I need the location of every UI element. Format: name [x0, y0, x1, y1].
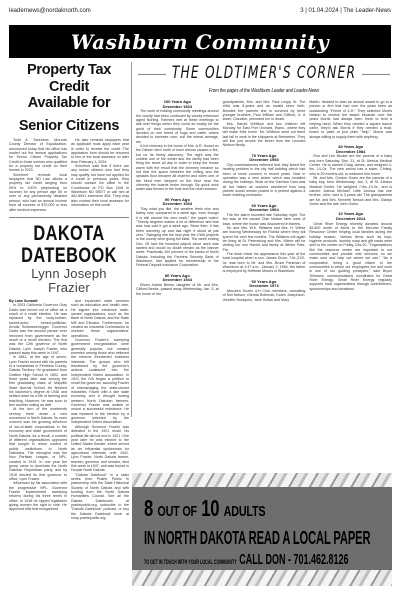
section-heading: 10 Years Ago December 2014 — [309, 212, 392, 221]
local-paper-advertisement[interactable]: 8 OUT OF 10 ADULTS IN NORTH DAKOTA READ … — [132, 473, 392, 586]
title-rule-right — [362, 74, 390, 75]
section-heading: 60 Years Ago December 1964 — [223, 204, 306, 213]
paragraph: Martin, decided to start an annual award… — [309, 100, 392, 139]
paragraph: Schreiner reminds local taxpayers that N… — [9, 173, 67, 212]
dakota-datebook-title: DAKOTA DATEBOOK — [13, 223, 125, 267]
section-heading: 90 Years Ago December 1934 — [136, 198, 219, 207]
paragraph: Mrs. Harold Whitlock and two children le… — [223, 122, 306, 148]
section-heading: 70 Years Ago December 1954 — [223, 154, 306, 163]
article-column-1: By Lane Sunwall In 2003 California Gover… — [9, 299, 67, 521]
headline-line-3: Senior Citizens — [9, 118, 129, 135]
headline-line-2: Available for — [28, 95, 111, 111]
column-divider — [131, 62, 132, 417]
contact-email[interactable]: leadernews@nordaknorth.com — [9, 8, 91, 18]
paragraph: Great River Energy recently donated arou… — [309, 222, 392, 292]
paragraph: Schreiner said that if there are any sen… — [71, 164, 129, 207]
article-column-2: He also reminds taxpayers that an applic… — [71, 138, 129, 212]
newspaper-collage-top — [132, 473, 392, 487]
paragraph: The work of holding community meetings a… — [136, 109, 219, 144]
section-masthead: Washburn Community — [9, 25, 391, 58]
paragraph: "Say what you like, the weather feels ni… — [136, 207, 219, 268]
dakota-datebook-article: By Lane Sunwall In 2003 California Gover… — [9, 299, 129, 521]
newspaper-collage-bottom — [132, 570, 392, 586]
paragraph: Governor Frazier's sweeping government r… — [71, 338, 129, 425]
paragraph: and expanded state services such as educ… — [71, 299, 129, 338]
stat-subject: ADULTS — [224, 503, 266, 520]
stat-connector: OUT OF — [157, 503, 197, 520]
oldtimers-columns: 100 Years Ago December 1924 The work of … — [136, 100, 392, 302]
ad-tagline: TO GET IN TOUCH WITH YOUR LOCAL COMMUNIT… — [144, 560, 237, 566]
paragraph: Mr. and Mrs. Gordon Goetz are the parent… — [309, 176, 392, 206]
oldtimers-title: THE OLDTIMER'S CORNER — [162, 62, 367, 84]
paragraph: A hot chimney in the home of Mrs. A.R. H… — [136, 144, 219, 192]
section-divider — [9, 217, 129, 218]
paragraph: The stork made his appearance this year … — [223, 252, 306, 274]
paragraph: In 1881, at the age of seven, Lynn Frazi… — [9, 355, 67, 407]
paragraph: Influenced by his association with the p… — [9, 481, 67, 511]
paragraph: The fire alarm sounded late Saturday nig… — [223, 213, 306, 226]
section-heading: 40 Years Ago December 1984 — [309, 145, 392, 154]
section-heading: 50 Years Ago December 1974 — [223, 280, 306, 289]
oldtimers-column-2: grandparents, Mrs. and Mrs. Paul Leupp S… — [223, 100, 306, 302]
paragraph: Abuzeen Dozen 4-H Club members, consisti… — [223, 289, 306, 302]
paragraph: At the turn of the nineteenth century th… — [9, 407, 67, 481]
paragraph: grandparents, Mrs. and Mrs. Paul Leupp S… — [223, 100, 306, 122]
oldtimers-title-wrap: THE OLDTIMER'S CORNER — [136, 62, 392, 86]
section-heading: 100 Years Ago December 1924 — [136, 100, 219, 109]
paragraph: In 2003 California Governor Gray Davis w… — [9, 303, 67, 355]
paragraph: He also reminds taxpayers that an applic… — [71, 138, 129, 164]
paragraph: Ron and Lee Becker are the parents of a … — [309, 154, 392, 176]
oldtimers-subtitle: From the pages of the Washburn Leader an… — [151, 88, 376, 94]
page-header-line: leadernews@nordaknorth.com 3 | 01.04.202… — [9, 8, 391, 18]
oldtimers-column-1: 100 Years Ago December 1924 The work of … — [136, 100, 219, 302]
ad-call-to-action: TO GET IN TOUCH WITH YOUR LOCAL COMMUNIT… — [144, 552, 348, 568]
ad-phone[interactable]: CALL DON - 701.462.8126 — [239, 552, 348, 568]
paragraph: Eileen Adaire Beeks, daughter of Mr. and… — [136, 283, 219, 296]
article-column-1: Todd A. Schreiner, McLean County Directo… — [9, 138, 67, 212]
headline-line-1: Property Tax Credit — [27, 62, 111, 95]
paragraph: City commissioners believed that they li… — [223, 163, 306, 198]
left-column: Property Tax Credit Available for Senior… — [9, 62, 129, 520]
tax-credit-headline: Property Tax Credit Available for Senior… — [9, 62, 129, 134]
paragraph: Todd A. Schreiner, McLean County Directo… — [9, 138, 67, 173]
paragraph: Although Governor Frazier was defeated i… — [71, 425, 129, 473]
paragraph: Mr. and Mrs. W.K. Williams and Mrs. H. W… — [223, 226, 306, 252]
page-info: 3 | 01.04.2024 | The Leader-News — [300, 8, 391, 18]
oldtimers-corner: THE OLDTIMER'S CORNER From the pages of … — [136, 62, 392, 302]
tax-credit-article: Todd A. Schreiner, McLean County Directo… — [9, 138, 129, 212]
dakota-datebook-subtitle: Lynn Joseph Frazier — [9, 267, 129, 295]
masthead-title: Washburn Community — [71, 30, 329, 54]
stat-number: 8 — [144, 495, 153, 521]
paragraph: "Dakota Datebook" is a radio series from… — [71, 473, 129, 521]
ad-headline-stat: 8 OUT OF 10 ADULTS — [144, 495, 265, 522]
section-heading: 80 Years Ago December 1944 — [136, 274, 219, 283]
oldtimers-column-3: Martin, decided to start an annual award… — [309, 100, 392, 302]
article-column-2: and expanded state services such as educ… — [71, 299, 129, 521]
stat-total: 10 — [201, 495, 219, 521]
ad-headline-main: IN NORTH DAKOTA READ A LOCAL PAPER — [144, 528, 370, 549]
